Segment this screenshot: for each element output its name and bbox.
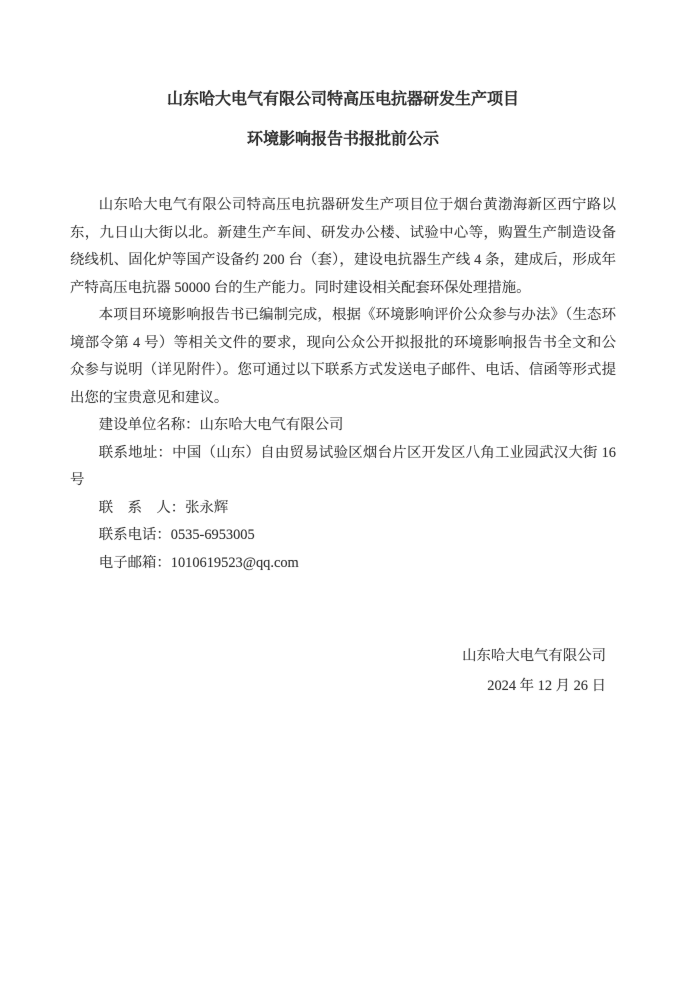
- contact-line-email: 电子邮箱：1010619523@qq.com: [70, 550, 616, 578]
- signature-block: 山东哈大电气有限公司 2024 年 12 月 26 日: [70, 641, 616, 701]
- paragraph-project-overview: 山东哈大电气有限公司特高压电抗器研发生产项目位于烟台黄渤海新区西宁路以东，九日山…: [70, 192, 616, 302]
- paragraph-public-notice: 本项目环境影响报告书已编制完成，根据《环境影响评价公众参与办法》（生态环境部令第…: [70, 302, 616, 412]
- document-content: 山东哈大电气有限公司特高压电抗器研发生产项目 环境影响报告书报批前公示 山东哈大…: [0, 0, 686, 701]
- contact-line-unit-name: 建设单位名称：山东哈大电气有限公司: [70, 412, 616, 440]
- signature-company: 山东哈大电气有限公司: [70, 641, 606, 671]
- document-title-line-1: 山东哈大电气有限公司特高压电抗器研发生产项目: [70, 80, 616, 120]
- document-title-line-2: 环境影响报告书报批前公示: [70, 120, 616, 160]
- contact-line-phone: 联系电话：0535-6953005: [70, 522, 616, 550]
- contact-line-address: 联系地址：中国（山东）自由贸易试验区烟台片区开发区八角工业园武汉大街 16 号: [70, 440, 616, 495]
- contact-line-person: 联 系 人：张永辉: [70, 495, 616, 523]
- document-page: 山东哈大电气有限公司特高压电抗器研发生产项目 环境影响报告书报批前公示 山东哈大…: [0, 0, 686, 1000]
- document-title: 山东哈大电气有限公司特高压电抗器研发生产项目 环境影响报告书报批前公示: [70, 80, 616, 160]
- signature-date: 2024 年 12 月 26 日: [70, 671, 606, 701]
